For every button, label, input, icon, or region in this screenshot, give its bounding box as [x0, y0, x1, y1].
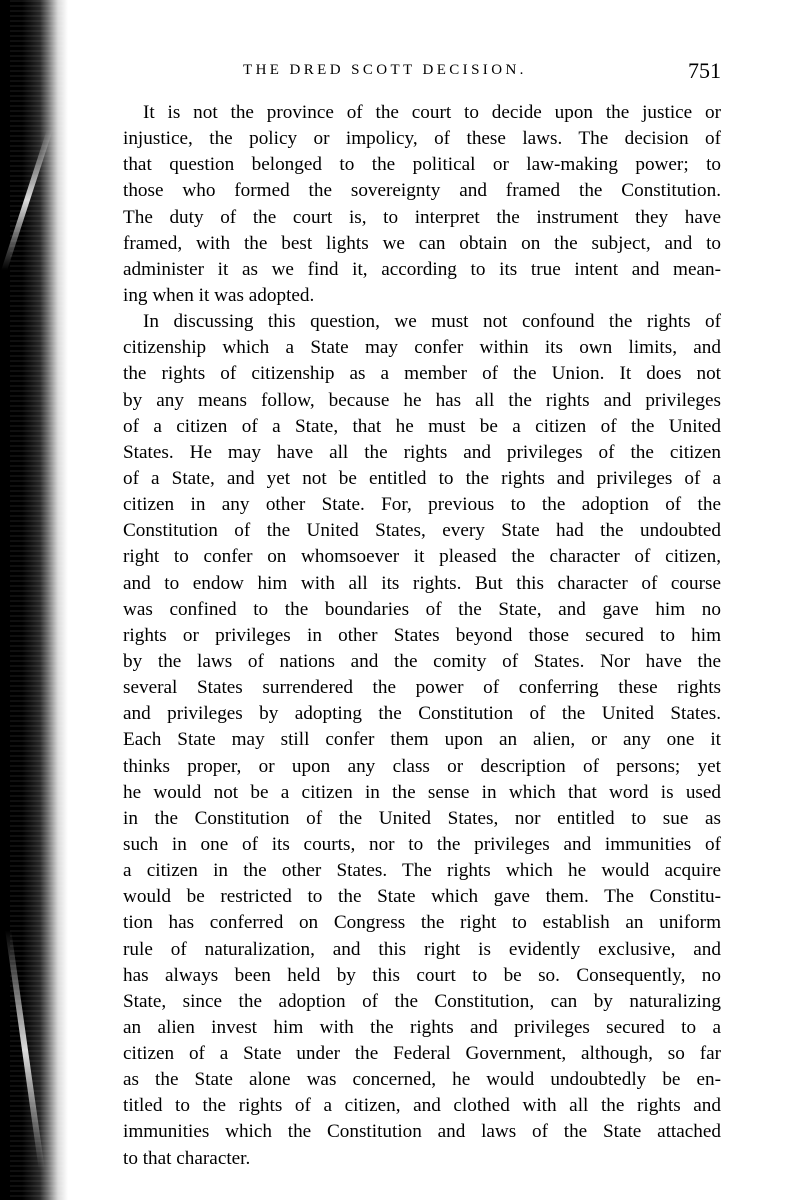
text-line: tion has conferred on Congress the right…	[123, 910, 721, 936]
text-line: In discussing this question, we must not…	[123, 309, 721, 335]
text-line: that question belonged to the political …	[123, 152, 721, 178]
text-line: immunities which the Constitution and la…	[123, 1119, 721, 1145]
text-line: several States surrendered the power of …	[123, 675, 721, 701]
text-line: by the laws of nations and the comity of…	[123, 649, 721, 675]
text-line: an alien invest him with the rights and …	[123, 1015, 721, 1041]
text-line: State, since the adoption of the Constit…	[123, 989, 721, 1015]
body-text: It is not the province of the court to d…	[123, 100, 721, 1172]
text-line: It is not the province of the court to d…	[123, 100, 721, 126]
running-title: THE DRED SCOTT DECISION.	[243, 62, 527, 79]
text-line: rights or privileges in other States bey…	[123, 623, 721, 649]
text-line: as the State alone was concerned, he wou…	[123, 1067, 721, 1093]
text-line: those who formed the sovereignty and fra…	[123, 178, 721, 204]
text-line: and to endow him with all its rights. Bu…	[123, 571, 721, 597]
text-line: right to confer on whomsoever it pleased…	[123, 544, 721, 570]
text-line: titled to the rights of a citizen, and c…	[123, 1093, 721, 1119]
text-line: administer it as we find it, according t…	[123, 257, 721, 283]
text-line: in the Constitution of the United States…	[123, 806, 721, 832]
text-line: Constitution of the United States, every…	[123, 518, 721, 544]
text-line: such in one of its courts, nor to the pr…	[123, 832, 721, 858]
text-line: by any means follow, because he has all …	[123, 388, 721, 414]
text-line: the rights of citizenship as a member of…	[123, 361, 721, 387]
text-line: rule of naturalization, and this right i…	[123, 937, 721, 963]
text-line: to that character.	[123, 1146, 721, 1172]
text-line: was confined to the boundaries of the St…	[123, 597, 721, 623]
text-line: and privileges by adopting the Constitut…	[123, 701, 721, 727]
text-line: of a State, and yet not be entitled to t…	[123, 466, 721, 492]
page-number: 751	[688, 58, 721, 84]
text-line: citizen in any other State. For, previou…	[123, 492, 721, 518]
text-line: injustice, the policy or impolicy, of th…	[123, 126, 721, 152]
text-line: framed, with the best lights we can obta…	[123, 231, 721, 257]
text-line: The duty of the court is, to interpret t…	[123, 205, 721, 231]
paragraph-1: It is not the province of the court to d…	[123, 100, 721, 309]
text-line: thinks proper, or upon any class or desc…	[123, 754, 721, 780]
paragraph-2: In discussing this question, we must not…	[123, 309, 721, 1172]
text-line: States. He may have all the rights and p…	[123, 440, 721, 466]
text-line: ing when it was adopted.	[123, 283, 721, 309]
text-line: has always been held by this court to be…	[123, 963, 721, 989]
text-line: would be restricted to the State which g…	[123, 884, 721, 910]
running-head: THE DRED SCOTT DECISION. 751	[123, 60, 721, 86]
text-line: a citizen in the other States. The right…	[123, 858, 721, 884]
text-line: citizenship which a State may confer wit…	[123, 335, 721, 361]
text-line: citizen of a State under the Federal Gov…	[123, 1041, 721, 1067]
text-line: Each State may still confer them upon an…	[123, 727, 721, 753]
text-line: of a citizen of a State, that he must be…	[123, 414, 721, 440]
text-line: he would not be a citizen in the sense i…	[123, 780, 721, 806]
